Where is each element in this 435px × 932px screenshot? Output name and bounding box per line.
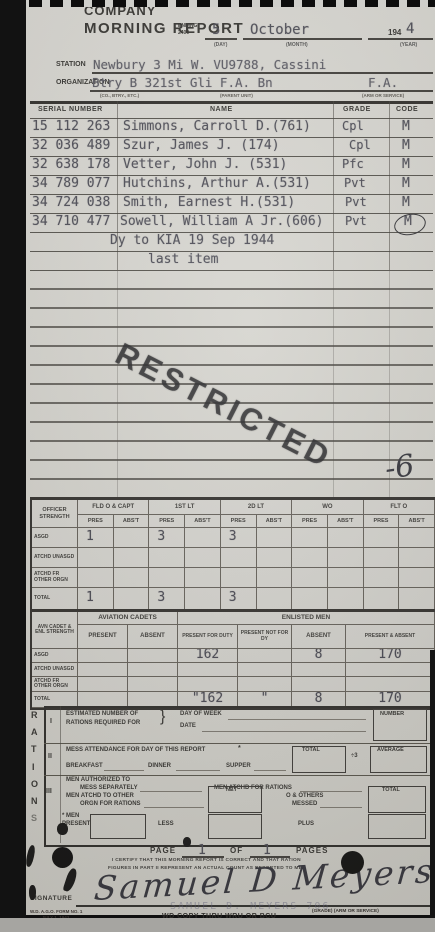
officer-cell: 3 bbox=[221, 528, 257, 548]
day-of-week-fillline bbox=[228, 719, 366, 720]
grade-cell: Pvt bbox=[345, 214, 367, 228]
officer-cell bbox=[292, 588, 328, 610]
handwritten-page-annotation: -6 bbox=[383, 448, 417, 487]
officer-subhead: ABS'T bbox=[114, 515, 150, 528]
typed-name-ghost: SAMUEL D. MEYERS 706 bbox=[170, 901, 330, 912]
officer-subhead: ABS'T bbox=[328, 515, 364, 528]
remark-text: last item bbox=[148, 252, 218, 267]
officer-row-label: ASGD bbox=[32, 528, 78, 548]
officer-strength-table: OFFICER STRENGTH FLD O & CAPT 1ST LT 2D … bbox=[30, 497, 435, 612]
officer-cell bbox=[257, 528, 293, 548]
date-day-value: 5 bbox=[212, 22, 220, 38]
station-label: STATION bbox=[56, 61, 86, 68]
officer-row-label: TOTAL bbox=[32, 588, 78, 610]
empty-ruled-rows bbox=[30, 271, 433, 497]
signature-label: SIGNATURE bbox=[30, 895, 72, 902]
officer-cell bbox=[328, 528, 364, 548]
officer-subhead: PRES bbox=[364, 515, 400, 528]
officer-subhead: PRES bbox=[78, 515, 114, 528]
officer-cell bbox=[185, 568, 221, 588]
ending-time: 2400 bbox=[178, 30, 189, 36]
serial-cell: 34 789 077 bbox=[32, 176, 110, 191]
form-number-line1: W.D. A.G.O. FORM NO. 1 bbox=[30, 909, 82, 914]
rations-section-numeral: II bbox=[48, 753, 52, 760]
o-others-line2: MESSED bbox=[292, 801, 317, 807]
enlisted-cell bbox=[238, 677, 292, 692]
grade-cell: Cpl bbox=[349, 138, 371, 152]
punch-hole-icon bbox=[52, 847, 73, 868]
enlisted-cell bbox=[128, 677, 178, 692]
enlisted-cell: 162 bbox=[178, 649, 238, 663]
form-content: COMPANY MORNING REPORT ENDING 2400 5 Oct… bbox=[0, 0, 435, 932]
number-box-label: NUMBER bbox=[380, 711, 404, 717]
officer-subhead: ABS'T bbox=[185, 515, 221, 528]
grade-cell: Pvt bbox=[345, 195, 367, 209]
officer-cell: 1 bbox=[78, 588, 114, 610]
rations-estimated-line2: RATIONS REQUIRED FOR bbox=[66, 720, 140, 726]
day-underline bbox=[205, 38, 237, 40]
enlisted-cell bbox=[78, 677, 128, 692]
serial-cell: 32 638 178 bbox=[32, 157, 110, 172]
enlisted-subhead: ABSENT bbox=[292, 625, 346, 649]
date-label: DATE bbox=[180, 723, 196, 729]
officer-cell: 3 bbox=[149, 588, 185, 610]
officer-subhead: ABS'T bbox=[399, 515, 435, 528]
officer-cell bbox=[114, 568, 150, 588]
officer-cell bbox=[149, 548, 185, 568]
enlisted-row-label: ATCHD UNASGD bbox=[32, 663, 78, 677]
year-underline bbox=[368, 38, 433, 40]
enlisted-cell bbox=[178, 677, 238, 692]
officer-corner-label: OFFICER STRENGTH bbox=[32, 500, 78, 528]
officer-group: 2D LT bbox=[221, 500, 292, 515]
supper-fillline bbox=[254, 770, 286, 771]
plus-label: PLUS bbox=[298, 821, 314, 827]
officer-cell bbox=[364, 568, 400, 588]
officer-cell bbox=[292, 548, 328, 568]
enlisted-cell bbox=[78, 649, 128, 663]
officer-subhead: ABS'T bbox=[257, 515, 293, 528]
enlisted-subhead: PRESENT NOT FOR DY bbox=[238, 625, 292, 649]
supper-label: SUPPER bbox=[226, 763, 251, 769]
enlisted-strength-table: AVN CADET & ENL STRENGTH AVIATION CADETS… bbox=[30, 609, 435, 710]
enlisted-corner-label: AVN CADET & ENL STRENGTH bbox=[32, 612, 78, 649]
ink-blot bbox=[29, 885, 36, 900]
enlisted-cell: 170 bbox=[346, 649, 435, 663]
messed-fillline bbox=[320, 807, 362, 808]
serial-cell: 15 112 263 bbox=[32, 119, 110, 134]
officer-cell bbox=[185, 548, 221, 568]
scan-left-border bbox=[0, 0, 26, 932]
enlisted-cell bbox=[78, 663, 128, 677]
grade-cell: Pvt bbox=[344, 176, 366, 190]
remark-text: Dy to KIA 19 Sep 1944 bbox=[110, 233, 274, 248]
date-fillline bbox=[202, 731, 366, 732]
org-caption-arm: (ARM OR SERVICE) bbox=[362, 93, 404, 98]
officer-row-label: ATCHD UNASGD bbox=[32, 548, 78, 568]
officer-group: 1ST LT bbox=[149, 500, 220, 515]
officer-cell bbox=[399, 588, 435, 610]
officer-cell bbox=[149, 568, 185, 588]
rations-side-letter: T bbox=[31, 744, 37, 754]
ink-blot bbox=[57, 823, 68, 835]
remark-row: Dy to KIA 19 Sep 1944 bbox=[30, 232, 433, 252]
enlisted-subhead: ABSENT bbox=[128, 625, 178, 649]
table-row: 34 724 038 Smith, Earnest H.(531) Pvt M bbox=[30, 194, 433, 214]
grade-cell: Pfc bbox=[342, 157, 364, 171]
officer-cell bbox=[257, 588, 293, 610]
brace-glyph: } bbox=[160, 708, 165, 726]
enlisted-cell bbox=[292, 663, 346, 677]
enlisted-cell bbox=[292, 677, 346, 692]
enlisted-row-label: ATCHD FR OTHER ORGN bbox=[32, 677, 78, 692]
asterisk-mark: * bbox=[238, 745, 241, 752]
code-cell: M bbox=[402, 157, 410, 172]
officer-group: WO bbox=[292, 500, 363, 515]
officer-group: FLT O bbox=[364, 500, 435, 515]
officer-cell bbox=[185, 588, 221, 610]
station-underline bbox=[92, 72, 433, 74]
less-label: LESS bbox=[158, 821, 174, 827]
officer-cell bbox=[114, 588, 150, 610]
morning-report-scan: COMPANY MORNING REPORT ENDING 2400 5 Oct… bbox=[0, 0, 435, 932]
empty-divider-2 bbox=[333, 271, 334, 497]
punch-hole-icon bbox=[341, 851, 364, 874]
average-label: AVERAGE bbox=[377, 747, 404, 753]
empty-divider-1 bbox=[117, 271, 118, 497]
rations-side-letter: R bbox=[31, 710, 38, 720]
enlisted-subhead: PRESENT & ABSENT bbox=[346, 625, 435, 649]
officer-cell: 3 bbox=[149, 528, 185, 548]
officer-cell bbox=[185, 528, 221, 548]
roster-header-row bbox=[30, 99, 433, 119]
mess-total-label: TOTAL bbox=[302, 747, 320, 753]
grade-cell: Cpl bbox=[342, 119, 364, 133]
name-cell: Sowell, William A Jr.(606) bbox=[120, 214, 324, 229]
enlisted-cell bbox=[128, 663, 178, 677]
rations-side-letter: I bbox=[32, 762, 35, 772]
month-caption: (MONTH) bbox=[286, 42, 308, 48]
serial-cell: 34 724 038 bbox=[32, 195, 110, 210]
name-cell: Simmons, Carroll D.(761) bbox=[123, 119, 311, 134]
table-row: 34 789 077 Hutchins, Arthur A.(531) Pvt … bbox=[30, 175, 433, 195]
mess-separately-fillline bbox=[140, 791, 202, 792]
enlisted-cell bbox=[346, 677, 435, 692]
o-others-line1: O & OTHERS bbox=[286, 793, 323, 799]
officer-cell bbox=[399, 528, 435, 548]
serial-cell: 32 036 489 bbox=[32, 138, 110, 153]
enlisted-cell bbox=[178, 663, 238, 677]
org-caption-unit: (CO., BTRY., ETC.) bbox=[100, 93, 139, 98]
dinner-label: DINNER bbox=[148, 763, 171, 769]
officer-cell bbox=[364, 588, 400, 610]
name-cell: Hutchins, Arthur A.(531) bbox=[123, 176, 311, 191]
station-value: Newbury 3 Mi W. VU9788, Cassini bbox=[93, 57, 326, 72]
day-of-week-label: DAY OF WEEK bbox=[180, 711, 222, 717]
total-lower-box bbox=[368, 814, 426, 839]
officer-cell: 3 bbox=[221, 588, 257, 610]
officer-cell bbox=[328, 568, 364, 588]
code-cell: M bbox=[402, 176, 410, 191]
officer-cell bbox=[399, 548, 435, 568]
ink-blot bbox=[63, 867, 79, 893]
breakfast-fillline bbox=[104, 770, 144, 771]
organization-underline bbox=[90, 90, 433, 92]
officer-subhead: PRES bbox=[292, 515, 328, 528]
men-present-line1: * MEN bbox=[62, 813, 79, 819]
date-month-value: October bbox=[250, 22, 309, 38]
year-caption: (YEAR) bbox=[400, 42, 417, 48]
cadets-group-label: AVIATION CADETS bbox=[78, 612, 178, 625]
officer-cell bbox=[257, 568, 293, 588]
org-caption-parent: (PARENT UNIT) bbox=[220, 93, 253, 98]
name-cell: Smith, Earnest H.(531) bbox=[123, 195, 295, 210]
officer-cell bbox=[78, 548, 114, 568]
net-lower-box bbox=[208, 814, 262, 839]
officer-cell bbox=[399, 568, 435, 588]
men-authorized-line2: MESS SEPARATELY bbox=[80, 785, 138, 791]
officer-cell bbox=[292, 528, 328, 548]
scan-right-border bbox=[430, 650, 435, 918]
remark-row: last item bbox=[30, 251, 433, 271]
code-cell: M bbox=[402, 195, 410, 210]
breakfast-label: BREAKFAST bbox=[66, 763, 103, 769]
pages-label: PAGES bbox=[296, 846, 328, 855]
enlisted-subhead: PRESENT FOR DUTY bbox=[178, 625, 238, 649]
rations-side-letter: N bbox=[31, 796, 38, 806]
officer-cell bbox=[364, 548, 400, 568]
enlisted-cell bbox=[238, 663, 292, 677]
name-cell: Vetter, John J. (531) bbox=[123, 157, 287, 172]
officer-cell bbox=[221, 548, 257, 568]
month-underline bbox=[243, 38, 362, 40]
grade-arm-caption: (GRADE) (ARM OR SERVICE) bbox=[312, 909, 379, 914]
table-row: 32 638 178 Vetter, John J. (531) Pfc M bbox=[30, 156, 433, 176]
rations-side-letter: A bbox=[31, 727, 38, 737]
dinner-fillline bbox=[176, 770, 220, 771]
enlisted-cell bbox=[346, 663, 435, 677]
ink-blot bbox=[183, 837, 191, 847]
enlisted-group-label: ENLISTED MEN bbox=[178, 612, 435, 625]
officer-subhead: PRES bbox=[149, 515, 185, 528]
mess-attendance-label: MESS ATTENDANCE FOR DAY OF THIS REPORT bbox=[66, 747, 205, 753]
men-atchd-other-line1: MEN ATCHD TO OTHER bbox=[66, 793, 134, 799]
of-label: OF bbox=[230, 846, 243, 855]
organization-value: Btry B 321st Gli F.A. Bn bbox=[92, 75, 273, 90]
organization-arm-value: F.A. bbox=[368, 75, 398, 90]
enlisted-row-label: ASGD bbox=[32, 649, 78, 663]
men-atchd-rations-fillline bbox=[300, 791, 362, 792]
officer-cell bbox=[114, 528, 150, 548]
rations-side-letter: O bbox=[31, 779, 38, 789]
rations-estimated-line1: ESTIMATED NUMBER OF bbox=[66, 711, 138, 717]
name-cell: Szur, James J. (174) bbox=[123, 138, 280, 153]
enlisted-cell bbox=[128, 649, 178, 663]
rations-section-numeral: III bbox=[46, 788, 52, 795]
table-row: 15 112 263 Simmons, Carroll D.(761) Cpl … bbox=[30, 118, 433, 138]
scan-bottom-margin bbox=[0, 918, 435, 932]
officer-row-label: ATCHD FR OTHER ORGN bbox=[32, 568, 78, 588]
enlisted-cell bbox=[238, 649, 292, 663]
rations-divider-2 bbox=[44, 775, 433, 776]
officer-cell bbox=[364, 528, 400, 548]
men-authorized-line1: MEN AUTHORIZED TO bbox=[66, 777, 130, 783]
rations-side-letter: S bbox=[31, 813, 37, 823]
officer-cell bbox=[328, 588, 364, 610]
ink-blot bbox=[25, 845, 36, 868]
orgn-rations-fillline bbox=[144, 807, 204, 808]
officer-cell bbox=[328, 548, 364, 568]
officer-subhead: PRES bbox=[221, 515, 257, 528]
rations-divider-1 bbox=[44, 743, 433, 744]
enlisted-cell: 8 bbox=[292, 649, 346, 663]
rations-total-label: TOTAL bbox=[382, 787, 400, 793]
officer-cell bbox=[257, 548, 293, 568]
day-caption: (DAY) bbox=[214, 42, 227, 48]
rations-section-numeral: I bbox=[50, 718, 52, 725]
enlisted-subhead: PRESENT bbox=[78, 625, 128, 649]
serial-cell: 34 710 477 bbox=[32, 214, 110, 229]
officer-group: FLD O & CAPT bbox=[78, 500, 149, 515]
divisor-mark: ÷3 bbox=[351, 753, 358, 759]
officer-cell bbox=[292, 568, 328, 588]
officer-cell bbox=[221, 568, 257, 588]
table-row: 34 710 477 Sowell, William A Jr.(606) Pv… bbox=[30, 213, 433, 233]
table-row: 32 036 489 Szur, James J. (174) Cpl M bbox=[30, 137, 433, 157]
year-digit-value: 4 bbox=[406, 21, 414, 37]
page-label: PAGE bbox=[150, 846, 176, 855]
perforated-top-edge bbox=[0, 0, 435, 7]
net-label: NET bbox=[226, 787, 237, 793]
men-atchd-other-line2: ORGN FOR RATIONS bbox=[80, 801, 141, 807]
code-cell: M bbox=[402, 119, 410, 134]
officer-cell bbox=[114, 548, 150, 568]
ending-label: ENDING bbox=[178, 23, 197, 29]
officer-cell: 1 bbox=[78, 528, 114, 548]
year-prefix: 194 bbox=[388, 28, 401, 37]
code-cell: M bbox=[402, 138, 410, 153]
men-present-box bbox=[90, 814, 146, 839]
officer-cell bbox=[78, 568, 114, 588]
